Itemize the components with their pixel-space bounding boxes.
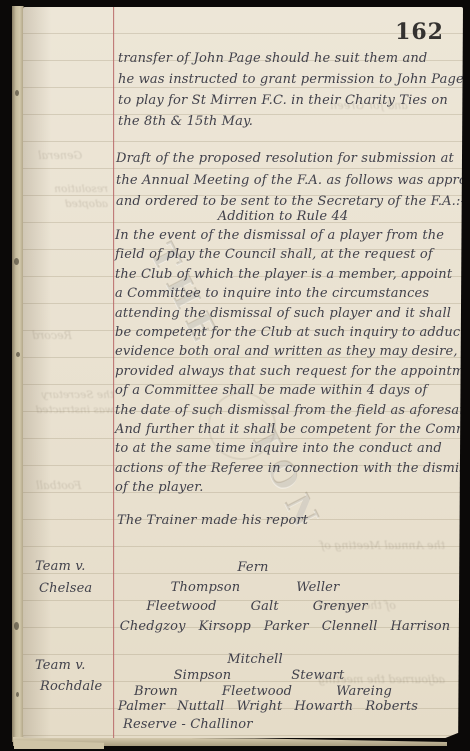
bleed-through-text: General xyxy=(38,148,82,163)
minute-paragraph-rule44: In the event of the dismissal of a playe… xyxy=(115,226,470,498)
scan-background: THE TON Record the Secretary was instruc… xyxy=(0,0,470,751)
binding-speckle xyxy=(16,692,19,697)
lineup-row: Palmer Nuttall Wright Howarth Roberts xyxy=(118,699,418,715)
handwritten-line: attending the dismissal of such player a… xyxy=(115,304,470,323)
player-name: Thompson xyxy=(171,578,241,598)
lineup-row: Fern xyxy=(103,558,403,578)
lineup-row: Chedgzoy Kirsopp Parker Clennell Harriso… xyxy=(135,617,435,637)
handwritten-line: to at the same time inquire into the con… xyxy=(115,439,470,458)
handwritten-line: the Annual Meeting of the F.A. as follow… xyxy=(116,170,470,192)
handwritten-line: the Club of which the player is a member… xyxy=(115,265,470,284)
binding-speckle xyxy=(14,622,19,630)
binding-speckle xyxy=(14,258,19,265)
handwritten-line: of a Committee shall be made within 4 da… xyxy=(115,381,470,400)
handwritten-line: he was instructed to grant permission to… xyxy=(118,69,464,90)
trainer-report-line: The Trainer made his report xyxy=(117,511,308,531)
lineup-row: Fleetwood Galt Grenyer xyxy=(107,597,407,617)
binding-speckle xyxy=(15,90,19,96)
handwritten-line: provided always that such request for th… xyxy=(115,362,470,381)
handwritten-line: the date of such dismissal from the fiel… xyxy=(115,401,470,420)
lineup-row: Brown Fleetwood Wareing xyxy=(113,684,413,700)
player-name: Harrison xyxy=(391,617,451,637)
minute-paragraph-transfer: transfer of John Page should he suit the… xyxy=(118,48,464,132)
handwritten-line: field of play the Council shall, at the … xyxy=(115,245,470,264)
player-name: Grenyer xyxy=(313,597,368,617)
player-name: Nuttall xyxy=(177,699,224,715)
player-name: Parker xyxy=(264,617,309,637)
bleed-through-text: resolution adopted xyxy=(28,182,108,212)
player-name: Brown xyxy=(134,684,178,700)
bleed-through-text: the Annual Meeting of xyxy=(295,538,445,553)
handwritten-line: transfer of John Page should he suit the… xyxy=(118,48,464,69)
player-name: Fleetwood xyxy=(146,597,216,617)
team-label-rochdale: Team v. Rochdale xyxy=(35,655,102,697)
team-label-line: Team v. xyxy=(35,556,92,578)
player-name: Chedgzoy xyxy=(120,617,186,637)
team-label-chelsea: Team v. Chelsea xyxy=(35,556,92,600)
handwritten-line: the 8th & 15th May. xyxy=(118,111,464,132)
minute-book-page: THE TON Record the Secretary was instruc… xyxy=(23,7,463,738)
handwritten-line: of the player. xyxy=(115,478,470,497)
player-name: Clennell xyxy=(322,617,378,637)
player-name: Simpson xyxy=(174,668,232,684)
player-name: Palmer xyxy=(118,699,165,715)
player-name: Howarth xyxy=(294,699,353,715)
reserve-line: Reserve - Challinor xyxy=(123,716,253,734)
player-name: Stewart xyxy=(291,668,344,684)
bleed-through-text: Football xyxy=(36,478,81,493)
lineup-row: Simpson Stewart xyxy=(109,668,409,684)
lineup-row: Mitchell xyxy=(105,652,405,668)
player-name: Mitchell xyxy=(227,652,283,668)
player-name: Weller xyxy=(296,578,339,598)
team-label-line: Team v. xyxy=(35,655,102,676)
team-label-line: Chelsea xyxy=(35,578,92,600)
lineup-rochdale: Mitchell Simpson Stewart Brown Fleetwood… xyxy=(113,652,413,715)
handwritten-line: Draft of the proposed resolution for sub… xyxy=(116,148,470,170)
handwritten-line: evidence both oral and written as they m… xyxy=(115,342,470,361)
player-name: Fern xyxy=(237,558,268,578)
handwritten-line: In the event of the dismissal of a playe… xyxy=(115,226,470,245)
player-name: Kirsopp xyxy=(199,617,251,637)
page-number: 162 xyxy=(395,19,444,45)
player-name: Galt xyxy=(251,597,279,617)
handwritten-line: And further that it shall be competent f… xyxy=(115,420,470,439)
player-name: Wright xyxy=(236,699,282,715)
handwritten-line: actions of the Referee in connection wit… xyxy=(115,459,470,478)
binding-speckle xyxy=(16,352,20,357)
bleed-through-text: the Secretary was instructed xyxy=(26,388,114,418)
minute-paragraph-resolution: Draft of the proposed resolution for sub… xyxy=(116,148,470,213)
book-binding-edge xyxy=(12,6,24,742)
player-name: Fleetwood xyxy=(222,684,292,700)
lineup-row: Thompson Weller xyxy=(105,578,405,598)
team-label-line: Rochdale xyxy=(35,676,102,697)
handwritten-line: to play for St Mirren F.C. in their Char… xyxy=(118,90,464,111)
player-name: Roberts xyxy=(365,699,418,715)
player-name: Wareing xyxy=(336,684,392,700)
handwritten-line: a Committee to inquire into the circumst… xyxy=(115,284,470,303)
rule-heading: Addition to Rule 44 xyxy=(113,207,453,227)
handwritten-line: be competent for the Club at such inquir… xyxy=(115,323,470,342)
bleed-through-text: Record xyxy=(32,328,72,343)
lineup-chelsea: Fern Thompson Weller Fleetwood Galt Gren… xyxy=(113,558,413,636)
